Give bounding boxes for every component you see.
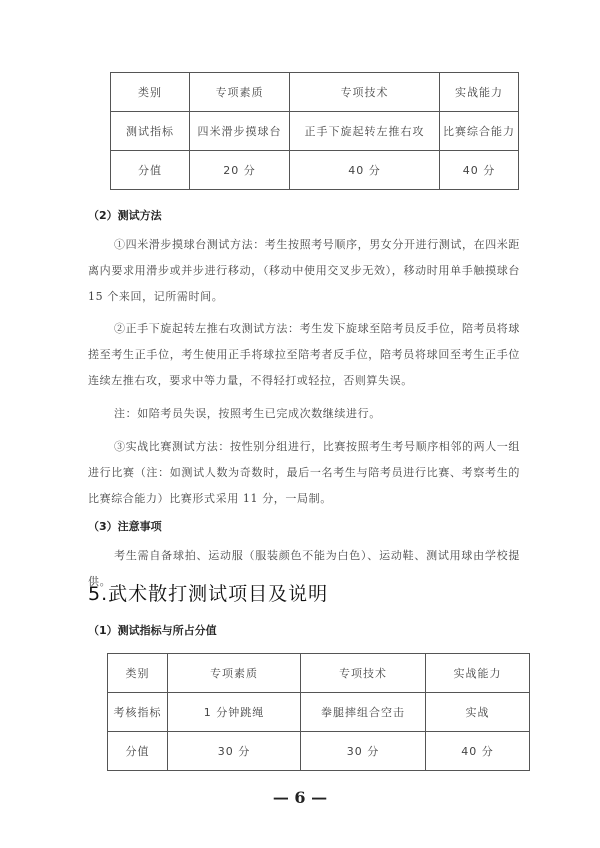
table-header-row: 类别 专项素质 专项技术 实战能力: [111, 73, 519, 112]
table-cell: 1 分钟跳绳: [168, 693, 301, 732]
paragraph-text: ③实战比赛测试方法：按性别分组进行，比赛按照考生考号顺序相邻的两人一组进行比赛（…: [88, 440, 520, 505]
paragraph-text: ②正手下旋起转左推右攻测试方法：考生发下旋球至陪考员反手位，陪考员将球搓至考生正…: [88, 322, 520, 387]
section-heading-test-method: （2）测试方法: [88, 207, 162, 223]
table-row: 测试指标 四米滑步摸球台 正手下旋起转左推右攻 比赛综合能力: [111, 112, 519, 151]
table-header-row: 类别 专项素质 专项技术 实战能力: [108, 654, 530, 693]
table-cell: 专项素质: [190, 73, 290, 112]
paragraph-method-2: ②正手下旋起转左推右攻测试方法：考生发下旋球至陪考员反手位，陪考员将球搓至考生正…: [88, 316, 520, 394]
paragraph-note: 注：如陪考员失误，按照考生已完成次数继续进行。: [88, 401, 520, 427]
table-cell: 专项技术: [301, 654, 426, 693]
table-cell: 40 分: [440, 151, 519, 190]
paragraph-text: 注：如陪考员失误，按照考生已完成次数继续进行。: [114, 407, 381, 420]
table-cell: 正手下旋起转左推右攻: [290, 112, 440, 151]
paragraph-method-1: ①四米滑步摸球台测试方法：考生按照考号顺序，男女分开进行测试，在四米距离内要求用…: [88, 232, 520, 310]
table-row: 考核指标 1 分钟跳绳 拳腿摔组合空击 实战: [108, 693, 530, 732]
table-row: 分值 20 分 40 分 40 分: [111, 151, 519, 190]
section-heading-scores: （1）测试指标与所占分值: [88, 622, 217, 638]
table-cell: 拳腿摔组合空击: [301, 693, 426, 732]
table-cell: 实战: [426, 693, 530, 732]
table-cell: 分值: [108, 732, 168, 771]
table-pingpong-scores: 类别 专项素质 专项技术 实战能力 测试指标 四米滑步摸球台 正手下旋起转左推右…: [110, 72, 519, 190]
table-cell: 20 分: [190, 151, 290, 190]
table-cell: 40 分: [290, 151, 440, 190]
table-cell: 30 分: [168, 732, 301, 771]
table-cell: 专项素质: [168, 654, 301, 693]
table-cell: 测试指标: [111, 112, 190, 151]
table-cell: 四米滑步摸球台: [190, 112, 290, 151]
page-number: — 6 —: [0, 788, 600, 807]
table-cell: 实战能力: [440, 73, 519, 112]
table-row: 分值 30 分 30 分 40 分: [108, 732, 530, 771]
table-cell: 考核指标: [108, 693, 168, 732]
table-wushu-scores: 类别 专项素质 专项技术 实战能力 考核指标 1 分钟跳绳 拳腿摔组合空击 实战…: [107, 653, 530, 771]
paragraph-method-3: ③实战比赛测试方法：按性别分组进行，比赛按照考生考号顺序相邻的两人一组进行比赛（…: [88, 434, 520, 512]
table-cell: 40 分: [426, 732, 530, 771]
table-cell: 分值: [111, 151, 190, 190]
table-cell: 类别: [111, 73, 190, 112]
table-cell: 专项技术: [290, 73, 440, 112]
section-heading-notes: （3）注意事项: [88, 518, 162, 534]
table-cell: 30 分: [301, 732, 426, 771]
table-cell: 比赛综合能力: [440, 112, 519, 151]
table-cell: 实战能力: [426, 654, 530, 693]
section-title-wushu: 5.武术散打测试项目及说明: [88, 579, 328, 606]
paragraph-text: ①四米滑步摸球台测试方法：考生按照考号顺序，男女分开进行测试，在四米距离内要求用…: [88, 238, 520, 303]
table-cell: 类别: [108, 654, 168, 693]
